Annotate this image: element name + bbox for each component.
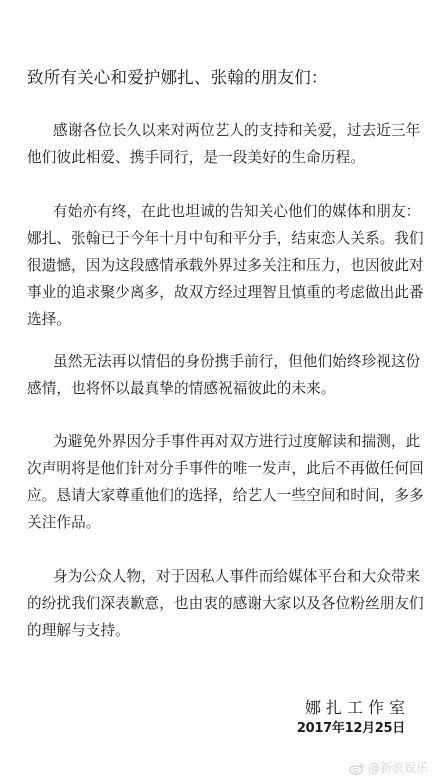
paragraph-4: 为避免外界因分手事件再对双方进行过度解读和揣测，此 次声明将是他们针对分手事件的… bbox=[27, 428, 415, 536]
paragraph-3: 虽然无法再以情侣的身份携手前行，但他们始终珍视这份 感情，也将怀以最真挚的情感祝… bbox=[27, 348, 415, 402]
paragraph-line: 娜扎、张翰已于今年十月中旬和平分手，结束恋人关系。我们 bbox=[27, 225, 415, 252]
signature-date: 2017年12月25日 bbox=[297, 719, 405, 739]
paragraph-line: 为避免外界因分手事件再对双方进行过度解读和揣测，此 bbox=[27, 428, 415, 455]
paragraph-line: 事业的追求聚少离多，故双方经过理智且慎重的考虑做出此番 bbox=[27, 279, 415, 306]
paragraph-line: 感情，也将怀以最真挚的情感祝福彼此的未来。 bbox=[27, 375, 415, 402]
paragraph-line: 的纷扰我们深表歉意，也由衷的感谢大家以及各位粉丝朋友们 bbox=[27, 590, 415, 617]
signature-block: 娜扎工作室 2017年12月25日 bbox=[297, 697, 405, 739]
watermark: @新浪娱乐 bbox=[349, 759, 428, 776]
paragraph-2: 有始亦有终，在此也坦诚的告知关心他们的媒体和朋友： 娜扎、张翰已于今年十月中旬和… bbox=[27, 198, 415, 333]
paragraph-line: 他们彼此相爱、携手同行，是一段美好的生命历程。 bbox=[27, 144, 415, 171]
watermark-text: @新浪娱乐 bbox=[368, 759, 428, 776]
signature-name: 娜扎工作室 bbox=[297, 697, 410, 719]
paragraph-line: 有始亦有终，在此也坦诚的告知关心他们的媒体和朋友： bbox=[27, 198, 415, 225]
paragraph-line: 很遗憾，因为这段感情承载外界过多关注和压力，也因彼此对 bbox=[27, 252, 415, 279]
paragraph-1: 感谢各位长久以来对两位艺人的支持和关爱，过去近三年 他们彼此相爱、携手同行，是一… bbox=[27, 117, 415, 171]
paragraph-line: 选择。 bbox=[27, 306, 415, 333]
paragraph-line: 应。恳请大家尊重他们的选择，给艺人一些空间和时间，多多 bbox=[27, 482, 415, 509]
paragraph-line: 次声明将是他们针对分手事件的唯一发声，此后不再做任何回 bbox=[27, 455, 415, 482]
paragraph-line: 身为公众人物，对于因私人事件而给媒体平台和大众带来 bbox=[27, 563, 415, 590]
paragraph-line: 的理解与支持。 bbox=[27, 617, 415, 644]
paragraph-5: 身为公众人物，对于因私人事件而给媒体平台和大众带来 的纷扰我们深表歉意，也由衷的… bbox=[27, 563, 415, 644]
paragraph-line: 关注作品。 bbox=[27, 509, 415, 536]
greeting-heading: 致所有关心和爱护娜扎、张翰的朋友们： bbox=[27, 64, 328, 88]
statement-document: 致所有关心和爱护娜扎、张翰的朋友们： 感谢各位长久以来对两位艺人的支持和关爱，过… bbox=[0, 0, 440, 782]
weibo-icon bbox=[349, 761, 365, 775]
paragraph-line: 感谢各位长久以来对两位艺人的支持和关爱，过去近三年 bbox=[27, 117, 415, 144]
paragraph-line: 虽然无法再以情侣的身份携手前行，但他们始终珍视这份 bbox=[27, 348, 415, 375]
